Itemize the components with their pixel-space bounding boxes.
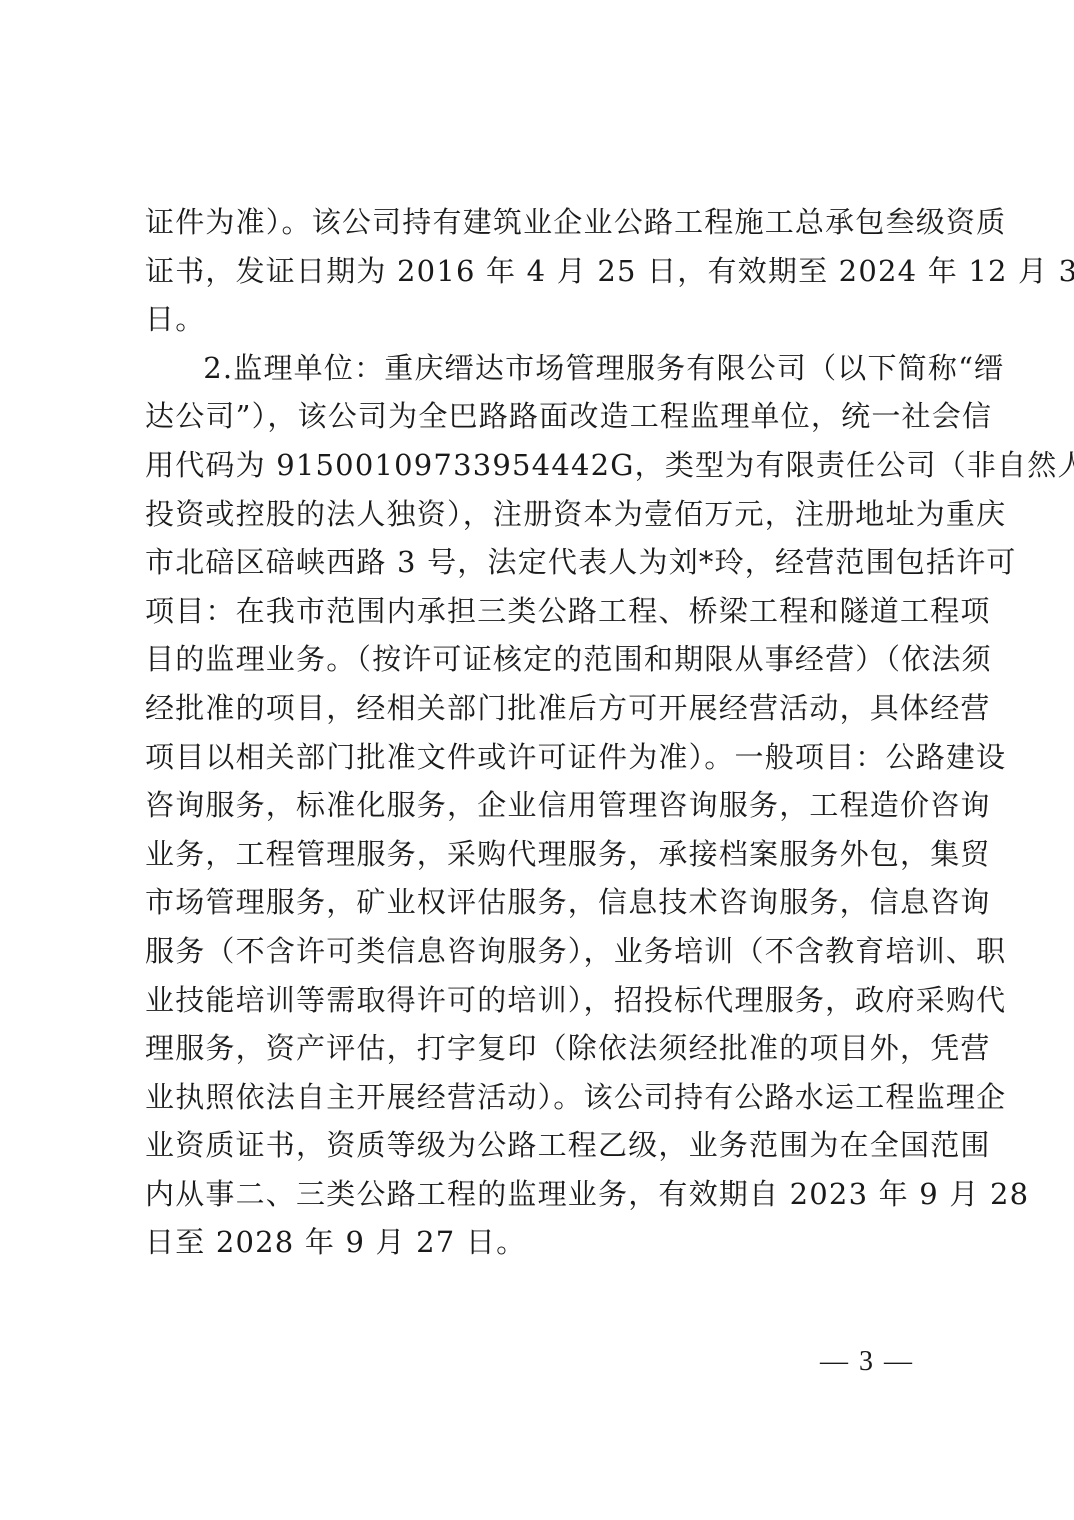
body-text: 证件为准）。该公司持有建筑业企业公路工程施工总承包叁级资质 证书，发证日期为 2… <box>145 198 945 1267</box>
text-line: 日。 <box>145 295 945 344</box>
text-line: 目的监理业务。（按许可证核定的范围和期限从事经营）（依法须 <box>145 635 945 684</box>
text-line: 服务（不含许可类信息咨询服务），业务培训（不含教育培训、职 <box>145 927 945 976</box>
text-line: 用代码为 91500109733954442G，类型为有限责任公司（非自然人 <box>145 441 945 490</box>
page-number: — 3 — <box>820 1346 914 1378</box>
text-line: 内从事二、三类公路工程的监理业务，有效期自 2023 年 9 月 28 <box>145 1170 945 1219</box>
text-line: 项目：在我市范围内承担三类公路工程、桥梁工程和隧道工程项 <box>145 587 945 636</box>
text-line: 证件为准）。该公司持有建筑业企业公路工程施工总承包叁级资质 <box>145 198 945 247</box>
text-line: 市北碚区碚峡西路 3 号，法定代表人为刘*玲，经营范围包括许可 <box>145 538 945 587</box>
text-line: 市场管理服务，矿业权评估服务，信息技术咨询服务，信息咨询 <box>145 878 945 927</box>
document-page: 证件为准）。该公司持有建筑业企业公路工程施工总承包叁级资质 证书，发证日期为 2… <box>0 0 1074 1520</box>
text-line: 2.监理单位：重庆缙达市场管理服务有限公司（以下简称“缙 <box>145 344 945 393</box>
text-line: 达公司”），该公司为全巴路路面改造工程监理单位，统一社会信 <box>145 392 945 441</box>
text-line: 投资或控股的法人独资），注册资本为壹佰万元，注册地址为重庆 <box>145 490 945 539</box>
text-line: 理服务，资产评估，打字复印（除依法须经批准的项目外，凭营 <box>145 1024 945 1073</box>
text-line: 业资质证书，资质等级为公路工程乙级，业务范围为在全国范围 <box>145 1121 945 1170</box>
text-line: 业务，工程管理服务，采购代理服务，承接档案服务外包，集贸 <box>145 830 945 879</box>
text-line: 证书，发证日期为 2016 年 4 月 25 日，有效期至 2024 年 12 … <box>145 247 945 296</box>
text-line: 日至 2028 年 9 月 27 日。 <box>145 1218 945 1267</box>
text-line: 业执照依法自主开展经营活动）。该公司持有公路水运工程监理企 <box>145 1073 945 1122</box>
text-line: 业技能培训等需取得许可的培训），招投标代理服务，政府采购代 <box>145 976 945 1025</box>
text-line: 咨询服务，标准化服务，企业信用管理咨询服务，工程造价咨询 <box>145 781 945 830</box>
text-line: 经批准的项目，经相关部门批准后方可开展经营活动，具体经营 <box>145 684 945 733</box>
text-line: 项目以相关部门批准文件或许可证件为准）。一般项目：公路建设 <box>145 733 945 782</box>
